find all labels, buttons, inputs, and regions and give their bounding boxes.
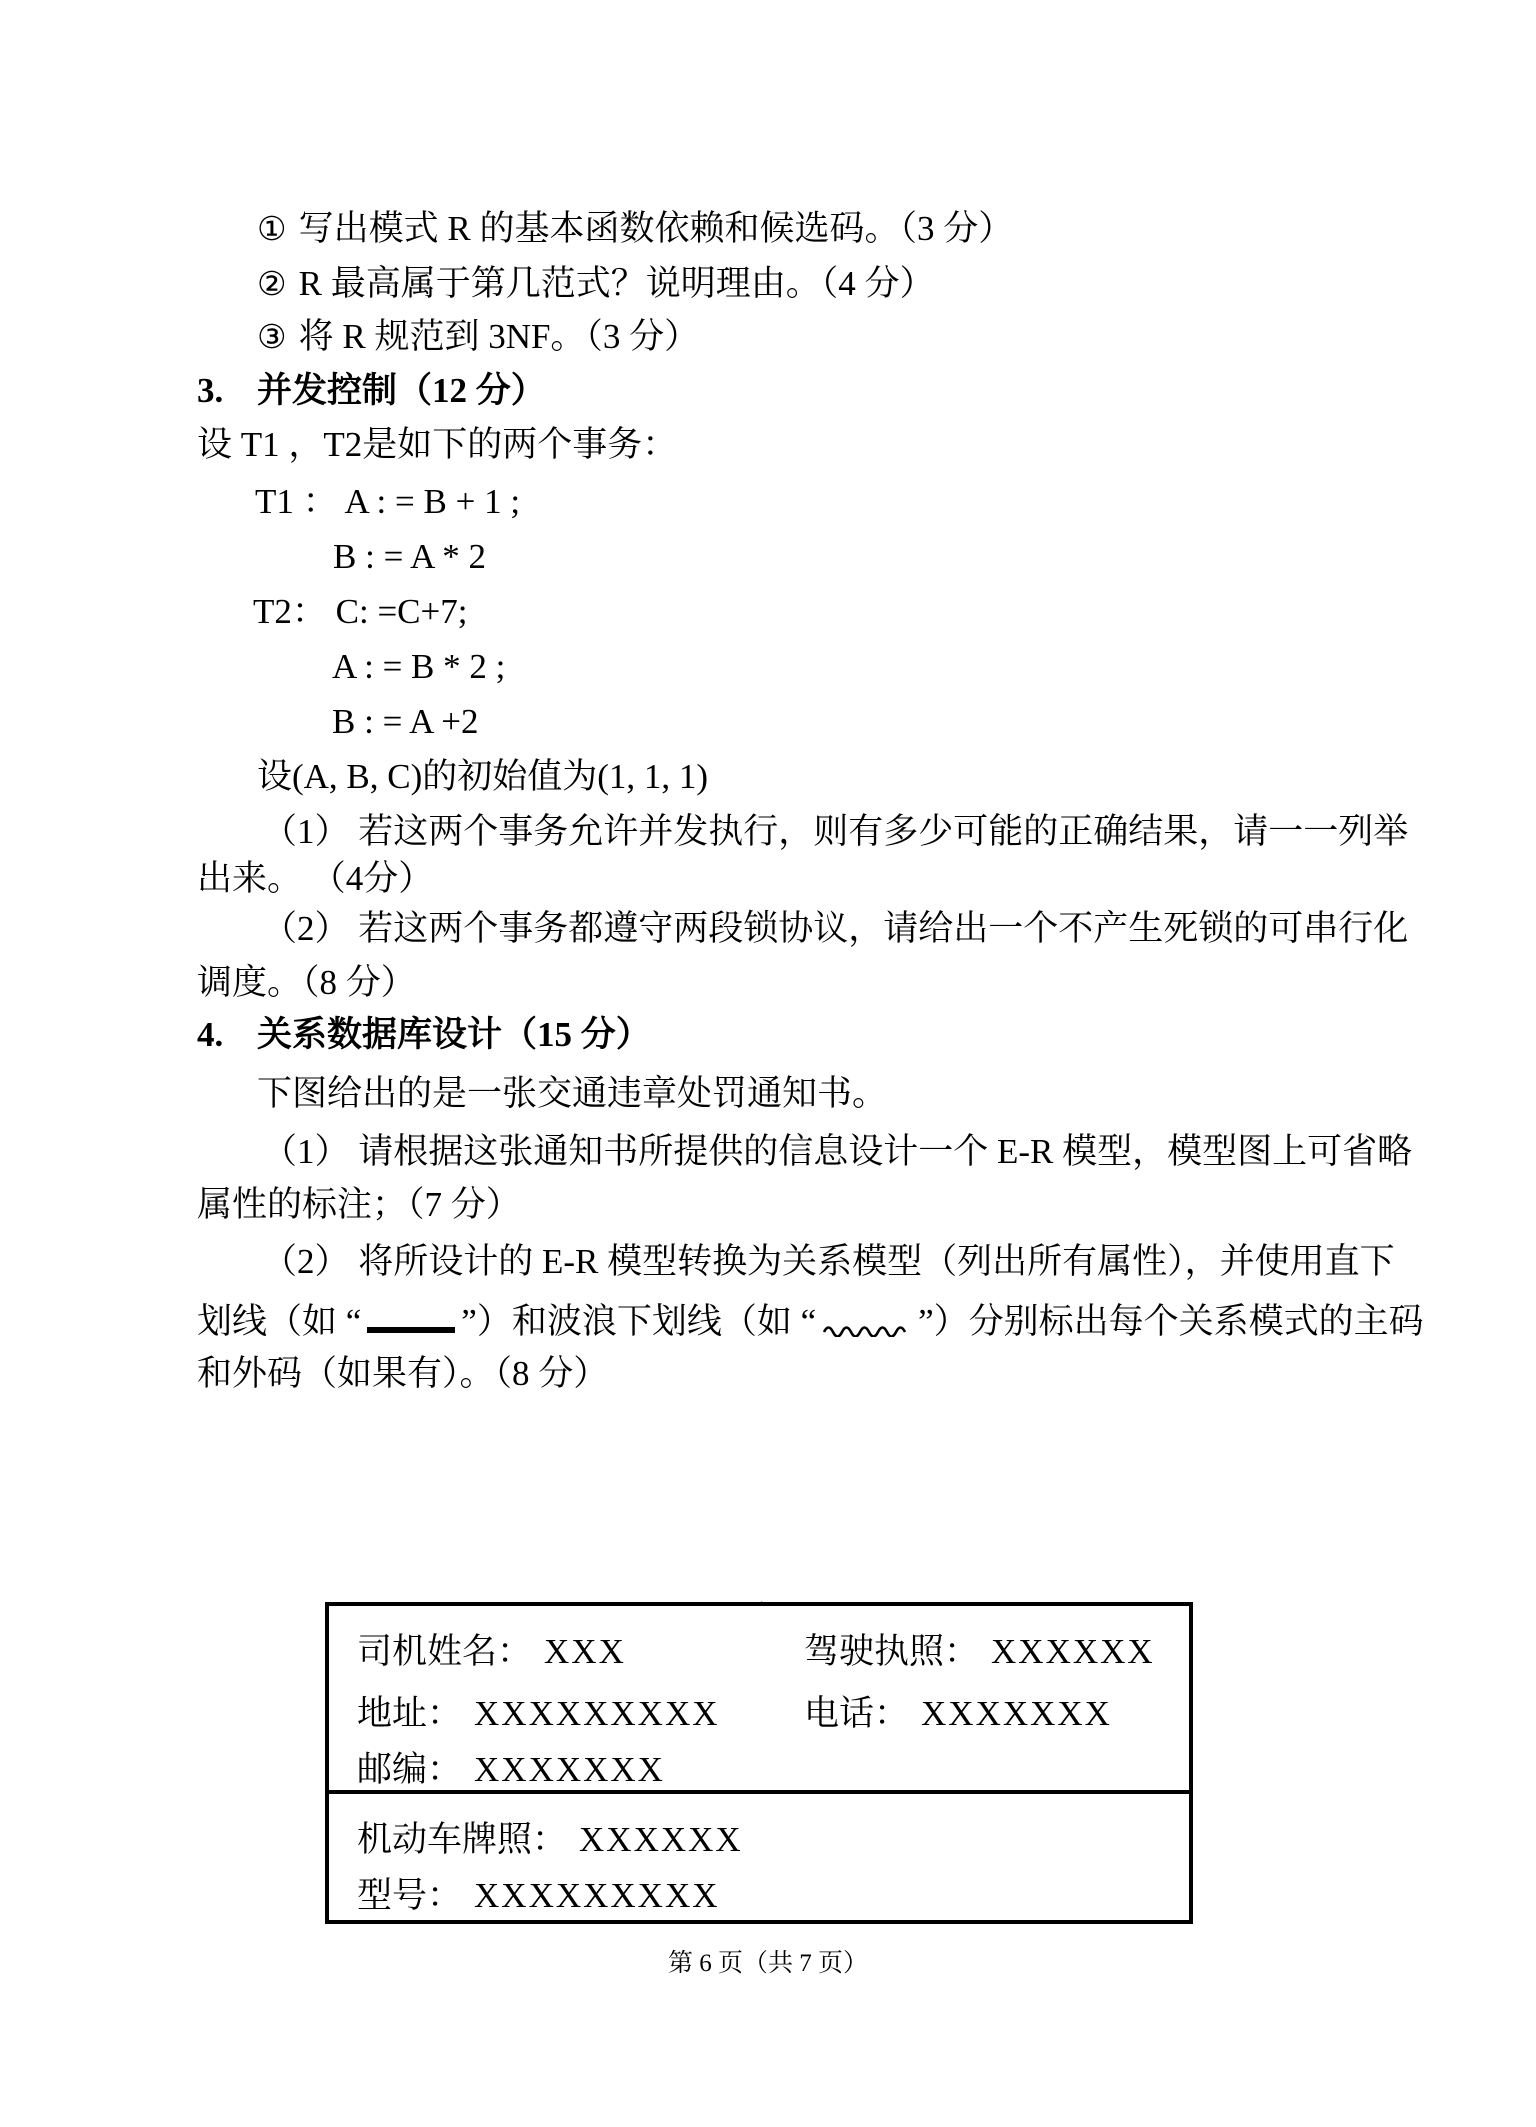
- page-number: 第 6 页（共 7 页）: [0, 1943, 1536, 1979]
- exam-page: ①写出模式 R 的基本函数依赖和候选码。（3 分） ②R 最高属于第几范式？说明…: [0, 0, 1536, 2127]
- question-3-title: 并发控制（12 分）: [257, 371, 546, 410]
- q3-t2-line3: B : = A +2: [332, 700, 478, 744]
- field-address-label: 地址：: [357, 1694, 462, 1733]
- q4-part1: （1） 请根据这张通知书所提供的信息设计一个 E-R 模型，模型图上可省略: [262, 1130, 1412, 1174]
- field-phone: 电话：XXXXXXX: [804, 1693, 1112, 1735]
- q4-part1-cont: 属性的标注；（7 分）: [197, 1183, 521, 1227]
- sub-item-2-text: R 最高属于第几范式？说明理由。（4 分）: [299, 264, 935, 303]
- q3-t1-line1: T1 ： A : = B + 1 ;: [255, 480, 520, 524]
- sub-item-3: ③将 R 规范到 3NF。（3 分）: [257, 315, 699, 359]
- field-plate-value: XXXXXX: [579, 1820, 743, 1859]
- q4-part2-cont: 划线（如 “”）和波浪下划线（如 “”）分别标出每个关系模式的主码: [197, 1297, 1424, 1344]
- circled-1-icon: ①: [257, 209, 287, 248]
- q3-part2-cont: 调度。（8 分）: [197, 961, 416, 1005]
- circled-3-icon: ③: [257, 317, 287, 356]
- question-4-title: 关系数据库设计（15 分）: [257, 1015, 651, 1054]
- field-zip-label: 邮编：: [357, 1750, 462, 1789]
- field-phone-label: 电话：: [804, 1694, 909, 1733]
- q4-part2: （2） 将所设计的 E-R 模型转换为关系模型（列出所有属性），并使用直下: [262, 1240, 1395, 1284]
- question-4-number: 4.: [197, 1013, 257, 1057]
- field-license: 驾驶执照：XXXXXX: [804, 1631, 1155, 1673]
- field-model-label: 型号：: [357, 1876, 462, 1915]
- notice-section-divider: [329, 1790, 1189, 1794]
- q3-t2-line2: A : = B * 2 ;: [332, 645, 505, 689]
- field-model-value: XXXXXXXXX: [474, 1876, 719, 1915]
- field-driver-name: 司机姓名：XXX: [357, 1631, 626, 1673]
- field-plate: 机动车牌照：XXXXXX: [357, 1819, 743, 1861]
- sub-item-1: ①写出模式 R 的基本函数依赖和候选码。（3 分）: [257, 207, 1013, 251]
- notice-box: 司机姓名：XXX 驾驶执照：XXXXXX 地址：XXXXXXXXX 电话：XXX…: [325, 1602, 1193, 1924]
- q3-part2: （2） 若这两个事务都遵守两段锁协议，请给出一个不产生死锁的可串行化: [262, 907, 1408, 951]
- question-3-number: 3.: [197, 369, 257, 413]
- question-4-heading: 4.关系数据库设计（15 分）: [197, 1013, 651, 1057]
- q4-part2-cont-seg3: ”）分别标出每个关系模式的主码: [918, 1302, 1424, 1341]
- field-driver-name-label: 司机姓名：: [357, 1632, 532, 1671]
- wavy-underline-sample: [822, 1321, 912, 1337]
- q4-part2-cont-seg2: ”）和波浪下划线（如 “: [461, 1302, 816, 1341]
- field-plate-label: 机动车牌照：: [357, 1820, 567, 1859]
- field-model: 型号：XXXXXXXXX: [357, 1875, 720, 1917]
- q3-part1: （1） 若这两个事务允许并发执行，则有多少可能的正确结果，请一一列举: [262, 810, 1408, 854]
- field-driver-name-value: XXX: [544, 1632, 626, 1671]
- q4-part2-end: 和外码（如果有）。（8 分）: [197, 1352, 608, 1396]
- q3-intro: 设 T1 ，T2是如下的两个事务：: [197, 423, 677, 467]
- field-address: 地址：XXXXXXXXX: [357, 1693, 720, 1735]
- q3-t2-line1: T2： C: =C+7;: [253, 590, 468, 634]
- straight-underline-sample: [367, 1297, 455, 1333]
- field-zip: 邮编：XXXXXXX: [357, 1749, 665, 1791]
- sub-item-3-text: 将 R 规范到 3NF。（3 分）: [299, 317, 700, 356]
- field-license-value: XXXXXX: [991, 1632, 1155, 1671]
- field-zip-value: XXXXXXX: [474, 1750, 665, 1789]
- q4-intro: 下图给出的是一张交通违章处罚通知书。: [257, 1072, 887, 1116]
- q4-part2-cont-seg1: 划线（如 “: [197, 1302, 361, 1341]
- sub-item-1-text: 写出模式 R 的基本函数依赖和候选码。（3 分）: [299, 209, 1014, 248]
- circled-2-icon: ②: [257, 264, 287, 303]
- q3-part1-cont: 出来。 （4分）: [197, 857, 433, 901]
- field-address-value: XXXXXXXXX: [474, 1694, 719, 1733]
- sub-item-2: ②R 最高属于第几范式？说明理由。（4 分）: [257, 262, 934, 306]
- q3-initial-values: 设(A, B, C)的初始值为(1, 1, 1): [257, 755, 708, 799]
- question-3-heading: 3.并发控制（12 分）: [197, 369, 546, 413]
- q3-t1-line2: B : = A * 2: [333, 535, 486, 579]
- field-license-label: 驾驶执照：: [804, 1632, 979, 1671]
- field-phone-value: XXXXXXX: [921, 1694, 1112, 1733]
